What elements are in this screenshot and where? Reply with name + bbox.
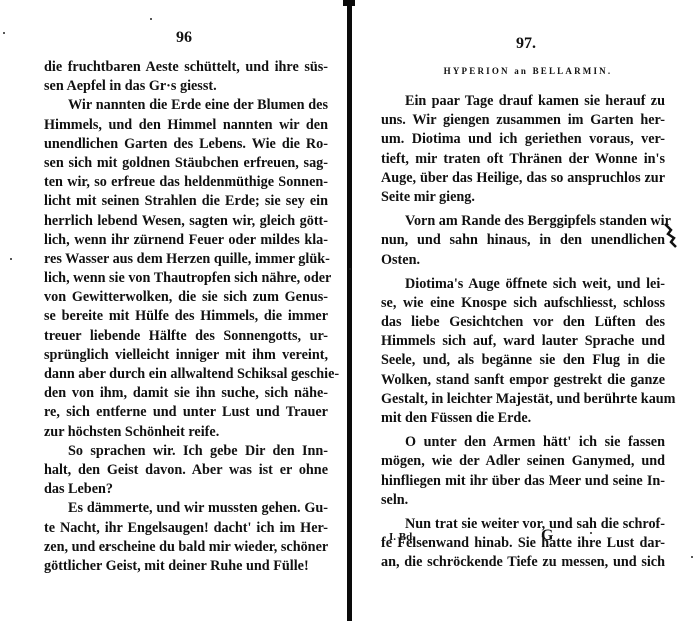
scan-speck xyxy=(590,532,592,534)
text-line: Seite mir gieng. xyxy=(381,188,665,207)
text-line: licht mit seinen Strahlen die Erde; sie … xyxy=(44,192,328,211)
text-line: se bereite mit Hülfe des Himmels, die im… xyxy=(44,307,328,326)
text-line: Auge, über das Heilige, das so anspruchl… xyxy=(381,169,665,188)
text-line: Wir nannten die Erde eine der Blumen des xyxy=(44,96,328,115)
text-line: te Nacht, ihr Engelsaugen! dacht' ich im… xyxy=(44,519,328,538)
paragraph: Vorn am Rande des Berggipfels standen wi… xyxy=(381,212,665,270)
text-line: halt, den Geist davon. Aber was ist er o… xyxy=(44,461,328,480)
text-line: an, die schröckende Tiefe zu messen, und… xyxy=(381,553,665,572)
text-line: von Gewitterwolken, die sie sich zum Gen… xyxy=(44,288,328,307)
page-number-left: 96 xyxy=(176,30,192,46)
text-line: Seele, und, als begänne sie den Flug in … xyxy=(381,351,665,370)
text-line: uns. Wir giengen zusammen im Garten her- xyxy=(381,111,665,130)
running-head: HYPERION an BELLARMIN. xyxy=(413,66,643,77)
paragraph: So sprachen wir. Ich gebe Dir den Inn-ha… xyxy=(44,442,328,500)
text-line: nun, und sahn hinaus, in den unendlichen xyxy=(381,231,665,250)
text-line: So sprachen wir. Ich gebe Dir den Inn- xyxy=(44,442,328,461)
text-line: zen, und erscheine du bald mir wieder, s… xyxy=(44,538,328,557)
text-line: den von ihm, damit sie ihn suche, sich n… xyxy=(44,384,328,403)
ink-smudge-mark xyxy=(663,222,677,248)
text-line: unendlichen Garten des Lebens. Wie die R… xyxy=(44,135,328,154)
paragraph: O unter den Armen hätt' ich sie fassenmö… xyxy=(381,433,665,510)
paragraph: die fruchtbaren Aeste schüttelt, und ihr… xyxy=(44,58,328,96)
signature-volume: I. Bd. xyxy=(389,531,415,543)
text-line: ten wir, so erfreue das heldenmüthige So… xyxy=(44,173,328,192)
text-line: Gestalt, in leichter Majestät, und berüh… xyxy=(381,390,665,409)
scan-speck xyxy=(691,556,693,558)
right-page: 97. HYPERION an BELLARMIN. Ein paar Tage… xyxy=(353,0,698,621)
page-number-right: 97. xyxy=(516,36,536,52)
text-line: um. Diotima und ich geriethen voraus, ve… xyxy=(381,130,665,149)
text-line: dann aber durch ein allwaltend Schiksal … xyxy=(44,365,328,384)
text-line: sen Aepfel in das Gr·s giesst. xyxy=(44,77,328,96)
text-line: Vorn am Rande des Berggipfels standen wi… xyxy=(381,212,665,231)
scan-speck xyxy=(105,548,107,550)
book-spread: 96 die fruchtbaren Aeste schüttelt, und … xyxy=(0,0,698,621)
book-gutter xyxy=(347,0,352,621)
scan-speck xyxy=(349,268,351,270)
text-line: zur höchsten Schönheit reife. xyxy=(44,423,328,442)
scan-speck xyxy=(150,18,152,20)
text-line: das Leben? xyxy=(44,480,328,499)
paragraph: Nun trat sie weiter vor, und sah die sch… xyxy=(381,515,665,573)
text-line: Himmels, und den Himmel nannten wir den xyxy=(44,116,328,135)
text-line: sen sich mit goldnen Stäubchen erfreuen,… xyxy=(44,154,328,173)
text-line: mit den Füssen die Erde. xyxy=(381,409,665,428)
signature-letter: G xyxy=(541,527,553,545)
text-line: seln. xyxy=(381,491,665,510)
text-line: die fruchtbaren Aeste schüttelt, und ihr… xyxy=(44,58,328,77)
paragraph: Wir nannten die Erde eine der Blumen des… xyxy=(44,96,328,441)
text-line: fe Felsenwand hinab. Sie hatte ihre Lust… xyxy=(381,534,665,553)
text-line: Wolken, stand sanft empor gestrekt die g… xyxy=(381,371,665,390)
text-line: göttlicher Geist, mit deiner Ruhe und Fü… xyxy=(44,557,328,576)
text-line: herrlich lebend Wesen, sagten wir, gleic… xyxy=(44,212,328,231)
scan-speck xyxy=(10,258,12,260)
left-page: 96 die fruchtbaren Aeste schüttelt, und … xyxy=(0,0,348,621)
text-line: hinfliegen mit ihr über das Meer und sei… xyxy=(381,472,665,491)
text-line: Nun trat sie weiter vor, und sah die sch… xyxy=(381,515,665,534)
paragraph: Diotima's Auge öffnete sich weit, und le… xyxy=(381,275,665,429)
right-page-body: Ein paar Tage drauf kamen sie herauf zuu… xyxy=(381,92,665,573)
text-line: treuer liebende Hälfte des Sonnengotts, … xyxy=(44,327,328,346)
text-line: das liebe Gesichtchen vor den Lüften des xyxy=(381,313,665,332)
text-line: se, wie eine Knospe sich aufschliesst, s… xyxy=(381,294,665,313)
text-line: O unter den Armen hätt' ich sie fassen xyxy=(381,433,665,452)
text-line: Himmels sich auf, ward lauter Sprache un… xyxy=(381,332,665,351)
text-line: lich, wenn sie von Thautropfen sich nähr… xyxy=(44,269,328,288)
paragraph: Es dämmerte, und wir mussten gehen. Gu-t… xyxy=(44,499,328,576)
left-page-body: die fruchtbaren Aeste schüttelt, und ihr… xyxy=(44,58,328,576)
text-line: Es dämmerte, und wir mussten gehen. Gu- xyxy=(44,499,328,518)
text-line: Diotima's Auge öffnete sich weit, und le… xyxy=(381,275,665,294)
text-line: Osten. xyxy=(381,251,665,270)
text-line: lich, wenn ihr zürnend Feuer oder mildes… xyxy=(44,231,328,250)
text-line: tieft, mir traten oft Thränen der Wonne … xyxy=(381,150,665,169)
scan-speck xyxy=(3,32,5,34)
text-line: sprünglich vielleicht inniger mit ihm ve… xyxy=(44,346,328,365)
text-line: mögen, wie der Adler seinen Ganymed, und xyxy=(381,452,665,471)
paragraph: Ein paar Tage drauf kamen sie herauf zuu… xyxy=(381,92,665,207)
text-line: res Wasser aus dem Herzen quille, immer … xyxy=(44,250,328,269)
text-line: Ein paar Tage drauf kamen sie herauf zu xyxy=(381,92,665,111)
text-line: re, sich entferne und unter Lust und Tra… xyxy=(44,403,328,422)
